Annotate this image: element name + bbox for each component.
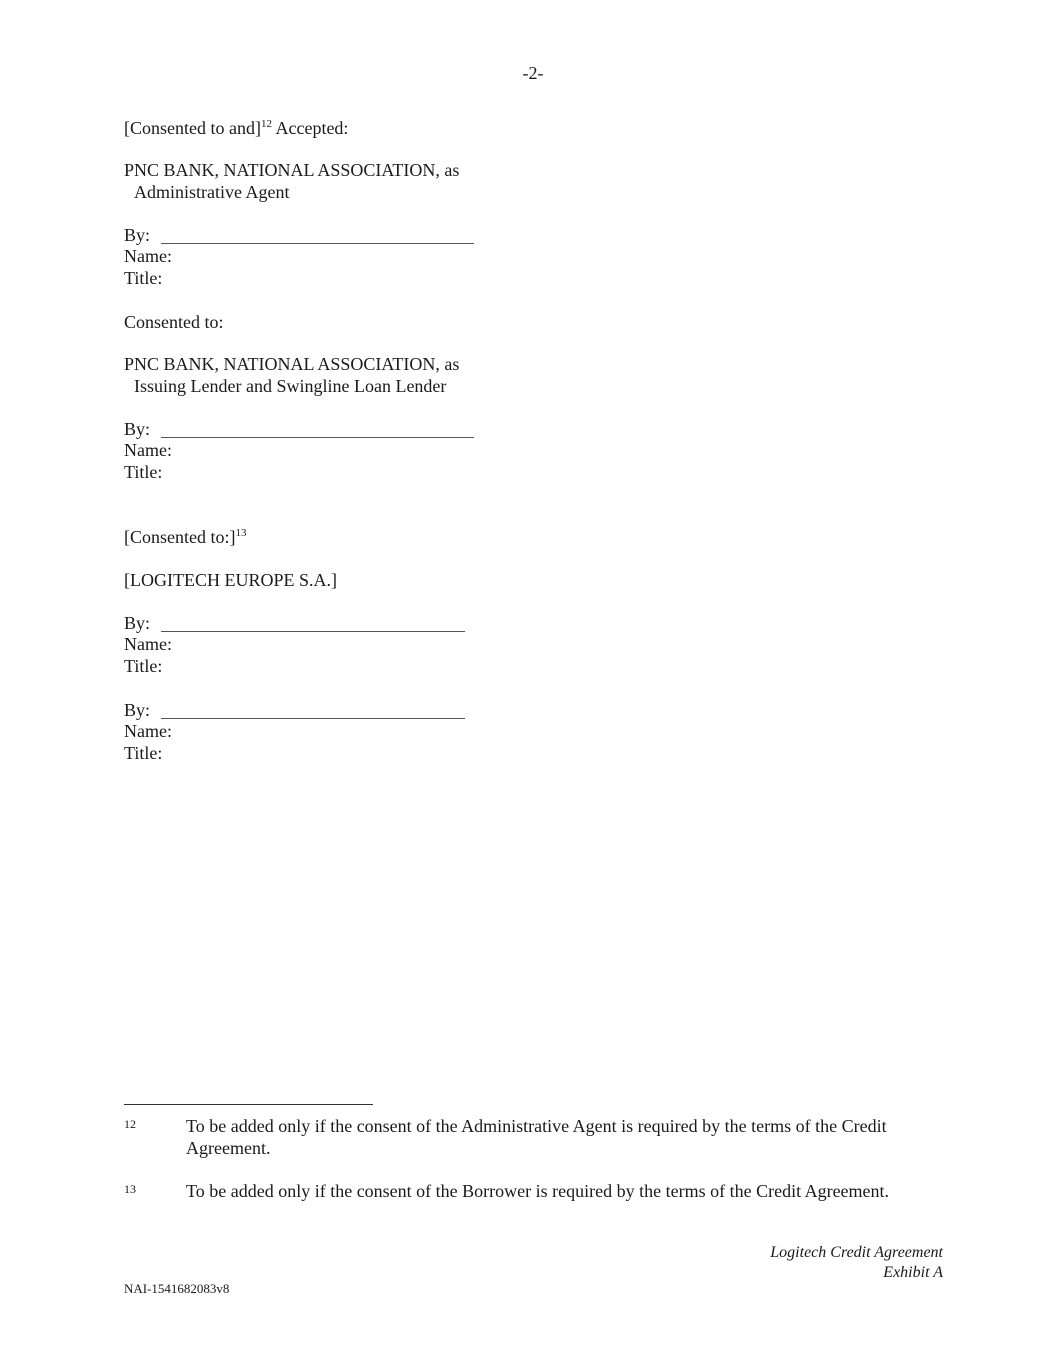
footnote-separator — [124, 1104, 373, 1105]
footnote-12-number: 12 — [124, 1117, 136, 1131]
footer-doc-title: Logitech Credit Agreement — [770, 1243, 943, 1263]
issuing-lender-title-label: Title: — [124, 461, 162, 483]
footnote-ref-13[interactable]: 13 — [235, 527, 246, 539]
borrower-entity: [LOGITECH EUROPE S.A.] — [124, 569, 337, 591]
issuing-lender-signature-line[interactable] — [161, 437, 474, 438]
admin-agent-by-label: By: — [124, 224, 150, 246]
issuing-lender-entity-line1: PNC BANK, NATIONAL ASSOCIATION, as — [124, 353, 459, 375]
admin-agent-name-label: Name: — [124, 245, 172, 267]
borrower-sig1-name-label: Name: — [124, 633, 172, 655]
accepted-heading-text: [Consented to and] — [124, 118, 261, 138]
footer-exhibit: Exhibit A — [883, 1263, 943, 1283]
borrower-sig1-title-label: Title: — [124, 655, 162, 677]
borrower-heading: [Consented to:]13 — [124, 526, 246, 548]
footnote-13-number: 13 — [124, 1182, 136, 1196]
accepted-heading-suffix: Accepted: — [272, 118, 348, 138]
consented-heading: Consented to: — [124, 311, 224, 333]
admin-agent-title-label: Title: — [124, 267, 162, 289]
borrower-sig2-name-label: Name: — [124, 720, 172, 742]
issuing-lender-by-label: By: — [124, 418, 150, 440]
page-number: -2- — [0, 62, 1055, 84]
footnote-13-text: To be added only if the consent of the B… — [186, 1180, 946, 1202]
accepted-heading: [Consented to and]12 Accepted: — [124, 117, 348, 139]
issuing-lender-entity-line2: Issuing Lender and Swingline Loan Lender — [124, 375, 446, 397]
admin-agent-entity-line2: Administrative Agent — [124, 181, 289, 203]
admin-agent-entity-line1: PNC BANK, NATIONAL ASSOCIATION, as — [124, 159, 459, 181]
borrower-sig1-signature-line[interactable] — [161, 631, 465, 632]
issuing-lender-name-label: Name: — [124, 439, 172, 461]
borrower-sig1-by-label: By: — [124, 612, 150, 634]
footnote-ref-12[interactable]: 12 — [261, 118, 272, 130]
footer-doc-id: NAI-1541682083v8 — [124, 1281, 229, 1297]
borrower-sig2-by-label: By: — [124, 699, 150, 721]
admin-agent-signature-line[interactable] — [161, 243, 474, 244]
borrower-sig2-title-label: Title: — [124, 742, 162, 764]
borrower-sig2-signature-line[interactable] — [161, 718, 465, 719]
footnote-12-text: To be added only if the consent of the A… — [186, 1115, 946, 1159]
borrower-heading-text: [Consented to:] — [124, 527, 235, 547]
